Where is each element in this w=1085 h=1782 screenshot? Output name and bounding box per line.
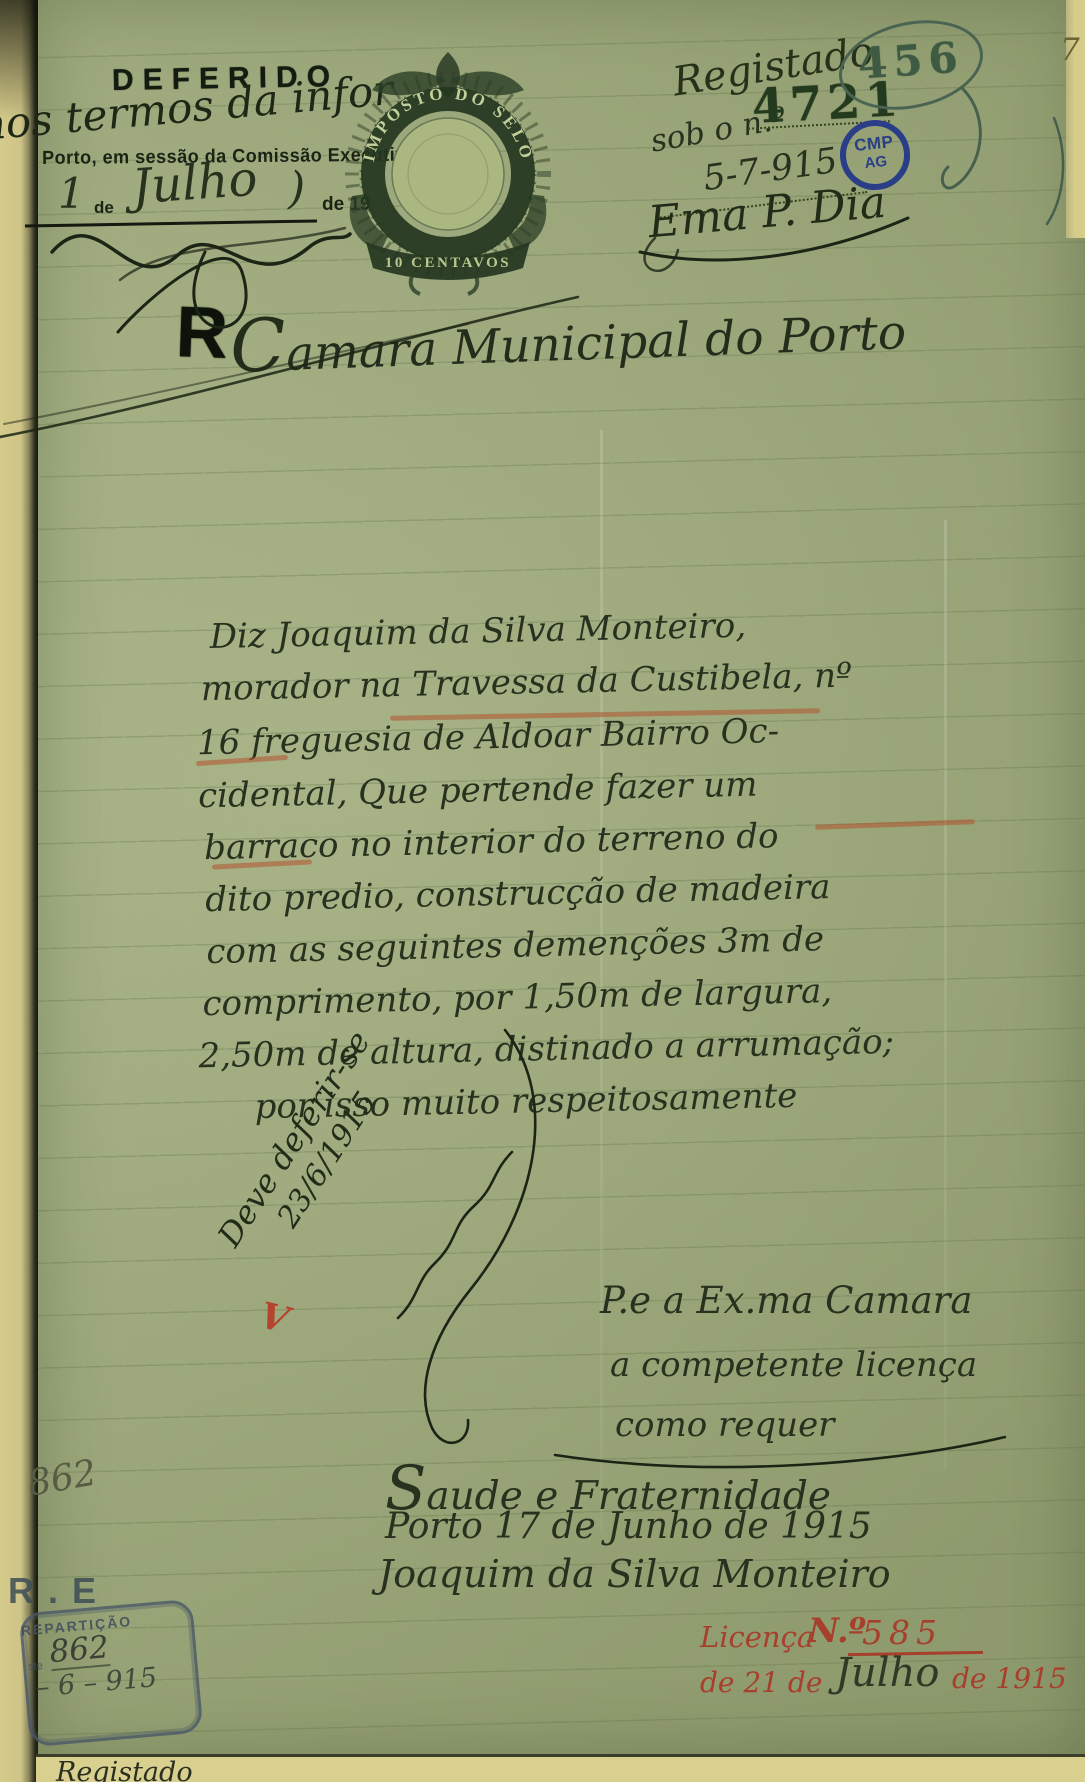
licenca-number: 585 — [862, 1616, 943, 1651]
licenca-label: Licença — [700, 1622, 814, 1652]
deferido-day-hand: 1 — [58, 172, 85, 216]
closing-line: como requer — [615, 1408, 834, 1444]
licenca-n-label: N.º — [808, 1614, 866, 1650]
closing-line: Porto 17 de Junho de 1915 — [385, 1508, 872, 1546]
r-registry-stamp: R — [175, 291, 230, 375]
scanned-document: DEFERIDO nos termos da infor Porto, em s… — [0, 0, 1085, 1782]
page-left-edge — [0, 0, 38, 1782]
deferido-year-stamp: de 19 — [322, 194, 371, 216]
closing-line: P.e a Ex.ma Camara — [600, 1282, 972, 1321]
reparticao-hand-number: 862 — [48, 1631, 110, 1671]
petition-line: dito predio, construcção de madeira — [205, 870, 831, 919]
petition-line: 2,50m de altura, distinado a arrumação; — [198, 1025, 894, 1075]
deferido-month-hand: Julho — [130, 154, 259, 213]
licenca-month-hand: Julho — [835, 1652, 939, 1694]
licenca-date-suffix: de 1915 — [952, 1664, 1067, 1693]
deferido-de-stamp: de — [94, 198, 114, 218]
next-page-edge: Registado — [36, 1754, 1085, 1782]
closing-line: a competente licença — [610, 1348, 977, 1384]
petition-line: morador na Travessa da Custibela, nº — [201, 659, 853, 708]
licenca-date-prefix: de 21 de — [700, 1668, 822, 1697]
re-stamp: R.E — [8, 1570, 110, 1612]
next-page-registado: Registado — [56, 1759, 193, 1782]
deferido-paren-hand: ) — [288, 166, 305, 212]
petition-line: Diz Joaquim da Silva Monteiro, — [209, 609, 746, 656]
circled-number: 456 — [856, 32, 965, 88]
reparticao-small-word: ste — [28, 1659, 44, 1672]
edge-digit: 7 — [1060, 34, 1080, 67]
reparticao-box-stamp: REPARTIÇÃO ste 862 – 6 – 915 — [18, 1599, 203, 1748]
petition-line: com as seguintes demenções 3m de — [206, 922, 824, 971]
petition-line: cidental, Que pertende fazer um — [198, 768, 758, 815]
petition-line: comprimento, por 1,50m de largura, — [202, 974, 832, 1023]
petitioner-signature: Joaquim da Silva Monteiro — [378, 1555, 891, 1595]
